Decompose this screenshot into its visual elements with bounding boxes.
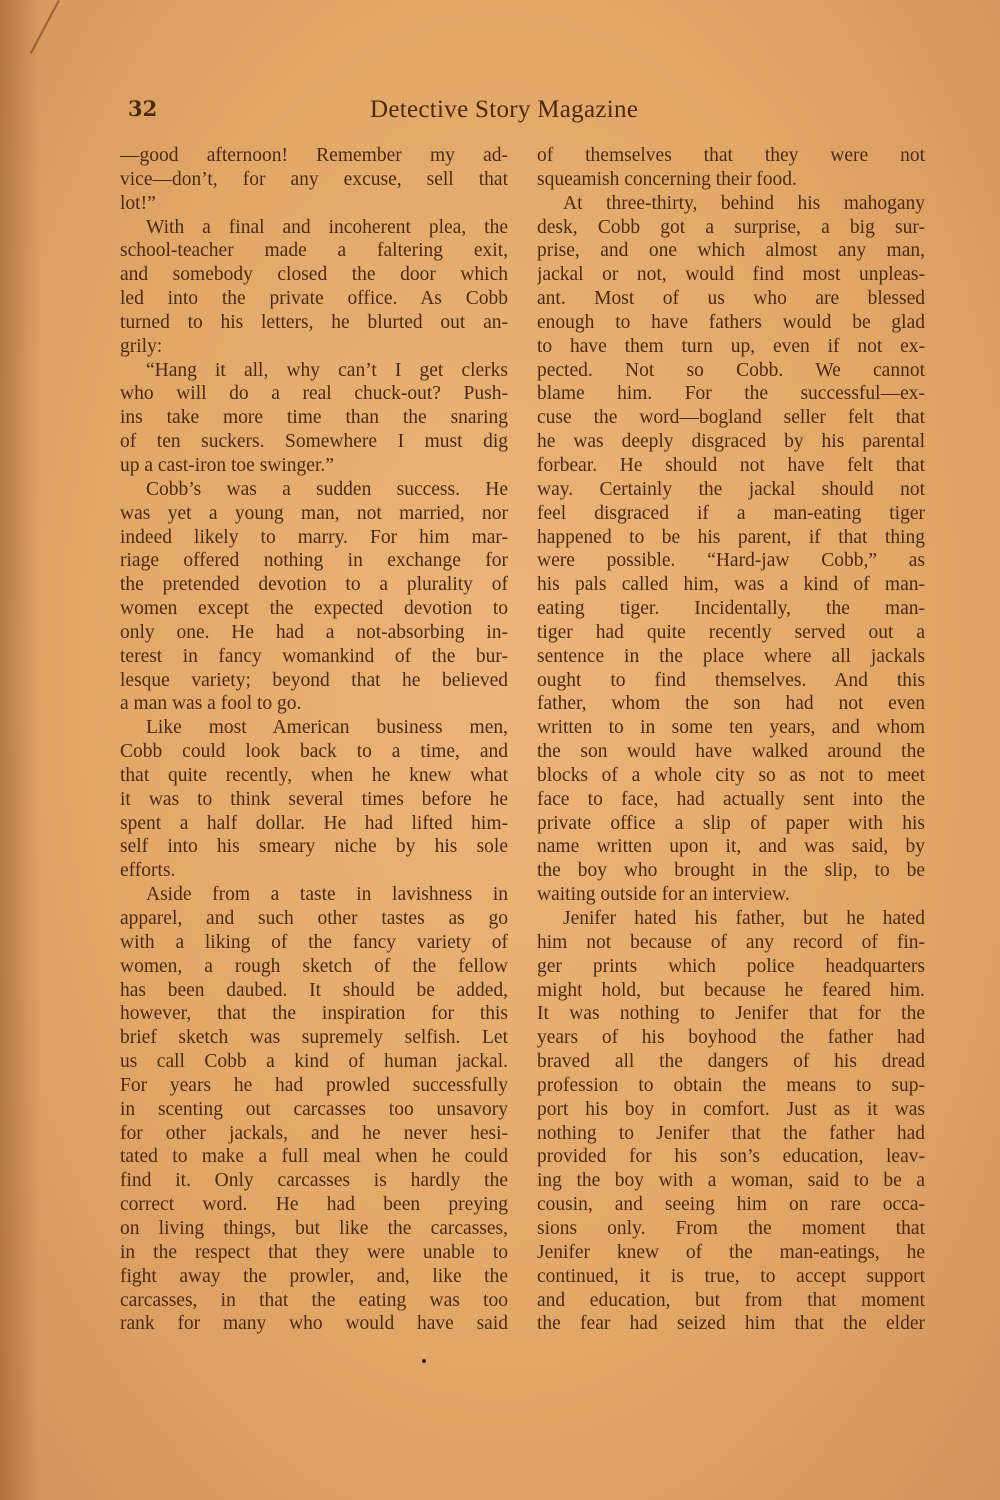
text-line: —good afternoon! Remember my ad- xyxy=(120,144,508,168)
text-line: carcasses, in that the eating was too xyxy=(120,1289,508,1313)
text-line: ought to find themselves. And this xyxy=(537,669,925,693)
text-line: turned to his letters, he blurted out an… xyxy=(120,311,508,335)
text-line: and somebody closed the door which xyxy=(120,263,508,287)
text-line: it was to think several times before he xyxy=(120,788,508,812)
text-line: Aside from a taste in lavishness in xyxy=(120,883,508,907)
text-line: in the respect that they were unable to xyxy=(120,1241,508,1265)
text-line: provided for his son’s education, leav- xyxy=(537,1145,925,1169)
text-line: private office a slip of paper with his xyxy=(537,812,925,836)
text-line: nothing to Jenifer that the father had xyxy=(537,1122,925,1146)
text-line: women except the expected devotion to xyxy=(120,597,508,621)
text-line: blocks of a whole city so as not to meet xyxy=(537,764,925,788)
text-line: grily: xyxy=(120,335,508,359)
text-line: he was deeply disgraced by his parental xyxy=(537,430,925,454)
text-line: him not because of any record of fin- xyxy=(537,931,925,955)
text-line: a man was a fool to go. xyxy=(120,692,508,716)
text-line: Jenifer knew of the man-eatings, he xyxy=(537,1241,925,1265)
text-line: might hold, but because he feared him. xyxy=(537,979,925,1003)
text-line: the pretended devotion to a plurality of xyxy=(120,573,508,597)
text-line: cousin, and seeing him on rare occa- xyxy=(537,1193,925,1217)
text-line: forbear. He should not have felt that xyxy=(537,454,925,478)
text-line: For years he had prowled successfully xyxy=(120,1074,508,1098)
text-line: port his boy in comfort. Just as it was xyxy=(537,1098,925,1122)
text-line: apparel, and such other tastes as go xyxy=(120,907,508,931)
text-line: of themselves that they were not xyxy=(537,144,925,168)
text-line: jackal or not, would find most unpleas- xyxy=(537,263,925,287)
magazine-title: Detective Story Magazine xyxy=(370,96,638,124)
text-line: us call Cobb a kind of human jackal. xyxy=(120,1050,508,1074)
text-line: indeed likely to marry. For him mar- xyxy=(120,526,508,550)
text-line: squeamish concerning their food. xyxy=(537,168,925,192)
text-line: desk, Cobb got a surprise, a big sur- xyxy=(537,216,925,240)
text-line: the fear had seized him that the elder xyxy=(537,1312,925,1336)
text-line: up a cast-iron toe swinger.” xyxy=(120,454,508,478)
text-line: face to face, had actually sent into the xyxy=(537,788,925,812)
text-line: written to in some ten years, and whom xyxy=(537,716,925,740)
text-line: prise, and one which almost any man, xyxy=(537,239,925,263)
text-line: who will do a real chuck-out? Push- xyxy=(120,382,508,406)
text-line: were possible. “Hard-jaw Cobb,” as xyxy=(537,549,925,573)
text-line: father, whom the son had not even xyxy=(537,692,925,716)
text-line: Cobb’s was a sudden success. He xyxy=(120,478,508,502)
text-line: ing the boy with a woman, said to be a xyxy=(537,1169,925,1193)
text-line: lot!” xyxy=(120,192,508,216)
text-line: terest in fancy womankind of the bur- xyxy=(120,645,508,669)
text-line: name written upon it, and was said, by xyxy=(537,835,925,859)
text-line: and education, but from that moment xyxy=(537,1289,925,1313)
text-line: for other jackals, and he never hesi- xyxy=(120,1122,508,1146)
text-line: ant. Most of us who are blessed xyxy=(537,287,925,311)
text-line: happened to be his parent, if that thing xyxy=(537,526,925,550)
text-line: years of his boyhood the father had xyxy=(537,1026,925,1050)
text-line: cuse the word—bogland seller felt that xyxy=(537,406,925,430)
text-line: the son would have walked around the xyxy=(537,740,925,764)
text-line: was yet a young man, not married, nor xyxy=(120,502,508,526)
text-line: enough to have fathers would be glad xyxy=(537,311,925,335)
text-line: rank for many who would have said xyxy=(120,1312,508,1336)
text-line: with a liking of the fancy variety of xyxy=(120,931,508,955)
text-line: sions only. From the moment that xyxy=(537,1217,925,1241)
text-line: school-teacher made a faltering exit, xyxy=(120,239,508,263)
text-line: on living things, but like the carcasses… xyxy=(120,1217,508,1241)
ink-speck xyxy=(422,1359,426,1363)
text-line: efforts. xyxy=(120,859,508,883)
text-line: At three-thirty, behind his mahogany xyxy=(537,192,925,216)
text-line: the boy who brought in the slip, to be xyxy=(537,859,925,883)
text-line: It was nothing to Jenifer that for the xyxy=(537,1002,925,1026)
text-line: vice—don’t, for any excuse, sell that xyxy=(120,168,508,192)
text-line: Jenifer hated his father, but he hated xyxy=(537,907,925,931)
text-line: With a final and incoherent plea, the xyxy=(120,216,508,240)
text-line: “Hang it all, why can’t I get clerks xyxy=(120,359,508,383)
text-line: eating tiger. Incidentally, the man- xyxy=(537,597,925,621)
text-line: ger prints which police headquarters xyxy=(537,955,925,979)
text-line: sentence in the place where all jackals xyxy=(537,645,925,669)
text-column-right: of themselves that they were notsqueamis… xyxy=(537,144,925,1336)
text-line: blame him. For the successful—ex- xyxy=(537,382,925,406)
text-line: in scenting out carcasses too unsavory xyxy=(120,1098,508,1122)
running-header: 32 Detective Story Magazine xyxy=(128,96,948,130)
text-line: however, that the inspiration for this xyxy=(120,1002,508,1026)
text-line: ins take more time than the snaring xyxy=(120,406,508,430)
text-line: Like most American business men, xyxy=(120,716,508,740)
text-line: tated to make a full meal when he could xyxy=(120,1145,508,1169)
text-line: brief sketch was supremely selfish. Let xyxy=(120,1026,508,1050)
text-line: correct word. He had been preying xyxy=(120,1193,508,1217)
text-line: pected. Not so Cobb. We cannot xyxy=(537,359,925,383)
text-line: Cobb could look back to a time, and xyxy=(120,740,508,764)
text-line: riage offered nothing in exchange for xyxy=(120,549,508,573)
text-line: braved all the dangers of his dread xyxy=(537,1050,925,1074)
text-line: women, a rough sketch of the fellow xyxy=(120,955,508,979)
spine-shadow xyxy=(0,0,40,1500)
text-column-left: —good afternoon! Remember my ad-vice—don… xyxy=(120,144,508,1336)
text-line: tiger had quite recently served out a xyxy=(537,621,925,645)
magazine-page: 32 Detective Story Magazine —good aftern… xyxy=(0,0,1000,1500)
text-line: way. Certainly the jackal should not xyxy=(537,478,925,502)
text-line: feel disgraced if a man-eating tiger xyxy=(537,502,925,526)
text-line: led into the private office. As Cobb xyxy=(120,287,508,311)
text-line: to have them turn up, even if not ex- xyxy=(537,335,925,359)
text-line: has been daubed. It should be added, xyxy=(120,979,508,1003)
text-line: spent a half dollar. He had lifted him- xyxy=(120,812,508,836)
text-line: fight away the prowler, and, like the xyxy=(120,1265,508,1289)
text-line: self into his smeary niche by his sole xyxy=(120,835,508,859)
text-line: waiting outside for an interview. xyxy=(537,883,925,907)
text-line: profession to obtain the means to sup- xyxy=(537,1074,925,1098)
text-line: his pals called him, was a kind of man- xyxy=(537,573,925,597)
text-line: find it. Only carcasses is hardly the xyxy=(120,1169,508,1193)
text-line: only one. He had a not-absorbing in- xyxy=(120,621,508,645)
text-line: of ten suckers. Somewhere I must dig xyxy=(120,430,508,454)
text-line: continued, it is true, to accept support xyxy=(537,1265,925,1289)
text-line: that quite recently, when he knew what xyxy=(120,764,508,788)
text-line: lesque variety; beyond that he believed xyxy=(120,669,508,693)
page-number: 32 xyxy=(128,96,157,121)
